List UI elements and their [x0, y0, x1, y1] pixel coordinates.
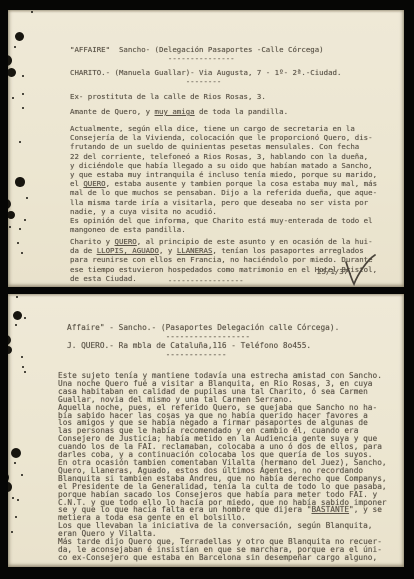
ink-blot: [8, 482, 12, 491]
typed-line: ---------------: [70, 54, 324, 63]
doc1-subject-line: CHARITO.- (Manuela Guallar)- Via Augusta…: [70, 68, 341, 86]
ink-blot: [15, 324, 17, 326]
typed-line: CHARITO.- (Manuela Guallar)- Via Augusta…: [70, 68, 341, 77]
typed-line: da de LLOPIS, AGUADO, y LLANERAS, tenían…: [70, 246, 377, 255]
scan-background: "AFFAIRE" Sancho- (Delegación Pasaportes…: [0, 0, 414, 579]
typed-line: Affaire" - Sancho.- (Pasaportes Delegaci…: [67, 323, 339, 332]
ink-blot: [17, 242, 19, 244]
typed-line: Es opinión del que informa, que Charito …: [70, 216, 373, 225]
doc2-title: Affaire" - Sancho.- (Pasaportes Delegaci…: [67, 323, 339, 341]
typed-line: ------------------: [67, 332, 339, 341]
ink-blot: [8, 68, 16, 77]
ink-blot: [13, 311, 22, 320]
doc1-line-amante: Amante de Quero, y muy amiga de toda la …: [70, 107, 288, 116]
typed-line: nadie, y a cuya visita no acudió.: [70, 207, 377, 216]
handwritten-checkmark-icon: [342, 254, 380, 287]
ink-blot: [8, 335, 11, 345]
ink-blot: [8, 199, 11, 209]
ink-blot: [11, 531, 14, 534]
typed-line: frutando de un sueldo de quinientas pese…: [70, 142, 377, 151]
doc2-body: Este sujeto tenía y mantiene todavía una…: [58, 372, 387, 562]
typed-line: "AFFAIRE" Sancho- (Delegación Pasaportes…: [70, 45, 324, 54]
ink-blot: [21, 356, 24, 359]
ink-blot: [31, 11, 33, 13]
doc2-subject-line: J. QUERO.- Ra mbla de Cataluña,116 - Tel…: [67, 341, 311, 359]
typed-line: mal de lo que muchos se pensaban. Dijo a…: [70, 188, 377, 197]
ink-blot: [12, 497, 14, 499]
typed-line: Charito y QUERO, al principio de este as…: [70, 237, 377, 246]
ink-blot: [14, 462, 17, 465]
ink-blot: [24, 371, 26, 373]
typed-line: lla misma tarde iría a visitarla, pero q…: [70, 198, 377, 207]
typed-line: el QUERO, estaba ausente y tambien porqu…: [70, 179, 377, 188]
ink-blot: [15, 32, 24, 41]
ink-blot: [22, 366, 24, 368]
document-2: Affaire" - Sancho.- (Pasaportes Delegaci…: [8, 294, 404, 567]
typed-line: -------------: [67, 350, 311, 359]
ink-blot: [22, 93, 24, 95]
doc1-paragraph-2: Es opinión del que informa, que Charito …: [70, 216, 373, 234]
typed-line: J. QUERO.- Ra mbla de Cataluña,116 - Tel…: [67, 341, 311, 350]
ink-blot: [8, 55, 12, 66]
document-1: "AFFAIRE" Sancho- (Delegación Pasaportes…: [8, 10, 404, 287]
typed-line: Consejería de la Vivienda, colocación qu…: [70, 133, 377, 142]
ink-blot: [21, 252, 24, 255]
typed-line: mangoneo de esta pandilla.: [70, 225, 373, 234]
ink-blot: [8, 211, 15, 220]
typed-line: --------: [70, 77, 341, 86]
typed-line: Amante de Quero, y muy amiga de toda la …: [70, 107, 288, 116]
typed-line: y que estaba muy intranquila é incluso t…: [70, 170, 377, 179]
ink-blot: [9, 226, 11, 228]
ink-blot: [22, 75, 25, 78]
ink-blot: [17, 499, 20, 502]
typed-line: co ex-Consejero que estaba en Barcelona …: [58, 554, 387, 562]
ink-blot: [24, 219, 27, 222]
typed-line: Ex- prostituta de la calle de Rios Rosas…: [70, 92, 266, 101]
ink-blot: [26, 197, 29, 200]
typed-line: 22 del corriente, telefoneó a Rios Rosas…: [70, 152, 377, 161]
ink-blot: [15, 177, 24, 186]
ink-blot: [19, 228, 22, 231]
doc1-title: "AFFAIRE" Sancho- (Delegación Pasaportes…: [70, 45, 324, 63]
typed-line: para reunirse con ellos en Francia, no h…: [70, 255, 377, 264]
ink-blot: [21, 474, 24, 477]
ink-blot: [8, 346, 12, 355]
typed-line: Actualmente, según ella dice, tiene un c…: [70, 124, 377, 133]
typed-line: y diciéndole que había llegado a su oido…: [70, 161, 377, 170]
ink-blot: [24, 317, 27, 320]
doc1-line-ex-prostituta: Ex- prostituta de la calle de Rios Rosas…: [70, 92, 266, 101]
ink-blot: [8, 472, 9, 483]
doc1-footer-dashes: -----------------: [97, 276, 244, 285]
ink-blot: [16, 296, 18, 298]
ink-blot: [14, 46, 17, 49]
ink-blot: [12, 97, 14, 99]
ink-blot: [19, 141, 21, 143]
ink-blot: [22, 107, 24, 109]
ink-blot: [11, 448, 21, 458]
doc1-paragraph-1: Actualmente, según ella dice, tiene un c…: [70, 124, 377, 216]
ink-blot: [15, 516, 17, 518]
